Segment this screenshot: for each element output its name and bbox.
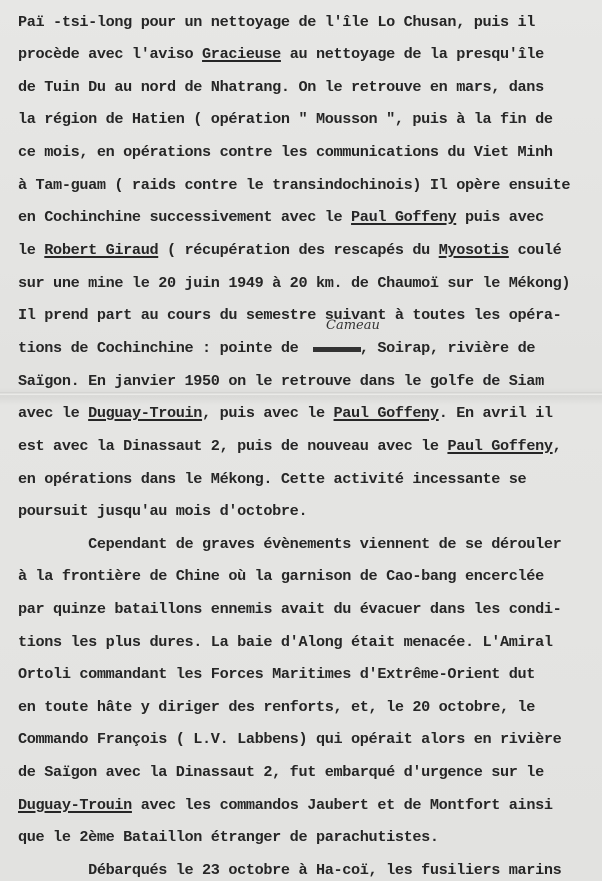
ship-name: Paul Goffeny [447,437,552,455]
text-line: à Tam-guam ( raids contre le transindoch… [18,177,570,193]
ship-name: Paul Goffeny [334,404,439,422]
paper-fold [0,392,602,395]
text-line: par quinze bataillons ennemis avait du é… [18,601,561,617]
text-line: le Robert Giraud ( récupération des resc… [18,242,561,258]
text-line: Cependant de graves évènements viennent … [18,536,561,552]
text-line: Ortoli commandant les Forces Maritimes d… [18,666,535,682]
ship-name: Duguay-Trouin [18,796,132,814]
ship-name: Duguay-Trouin [88,404,202,422]
text-line: poursuit jusqu'au mois d'octobre. [18,503,307,519]
text-line: avec le Duguay-Trouin, puis avec le Paul… [18,405,553,421]
text-line: Saïgon. En janvier 1950 on le retrouve d… [18,373,544,389]
ship-name: Myosotis [439,241,509,259]
text-line: Débarqués le 23 octobre à Ha-coï, les fu… [18,862,561,878]
text-line: sur une mine le 20 juin 1949 à 20 km. de… [18,275,570,291]
ship-name: Robert Giraud [44,241,158,259]
text-line: Commando François ( L.V. Labbens) qui op… [18,731,561,747]
text-line: ce mois, en opérations contre les commun… [18,144,553,160]
text-line: procède avec l'aviso Gracieuse au nettoy… [18,46,544,62]
text-line: Il prend part au cours du semestre suiva… [18,307,561,323]
text-line: est avec la Dinassaut 2, puis de nouveau… [18,438,561,454]
text-line: tions les plus dures. La baie d'Along ét… [18,634,553,650]
text-line: en opérations dans le Mékong. Cette acti… [18,471,526,487]
text-line: Duguay-Trouin avec les commandos Jaubert… [18,797,553,813]
text-line: en Cochinchine successivement avec le Pa… [18,209,544,225]
ship-name: Gracieuse [202,45,281,63]
text-line: de Saïgon avec la Dinassaut 2, fut embar… [18,764,544,780]
struck-out-word [313,347,361,352]
ship-name: Paul Goffeny [351,208,456,226]
text-line: de Tuin Du au nord de Nhatrang. On le re… [18,79,544,95]
text-line: la région de Hatien ( opération " Mousso… [18,111,553,127]
text-line: Paï -tsi-long pour un nettoyage de l'île… [18,14,535,30]
text-line: en toute hâte y diriger des renforts, et… [18,699,535,715]
text-line: que le 2ème Bataillon étranger de parach… [18,829,439,845]
handwritten-correction: Cameau [326,318,380,333]
text-line: tions de Cochinchine : pointe de , Soira… [18,340,535,356]
typewritten-page: Paï -tsi-long pour un nettoyage de l'île… [0,0,602,881]
text-line: à la frontière de Chine où la garnison d… [18,568,544,584]
